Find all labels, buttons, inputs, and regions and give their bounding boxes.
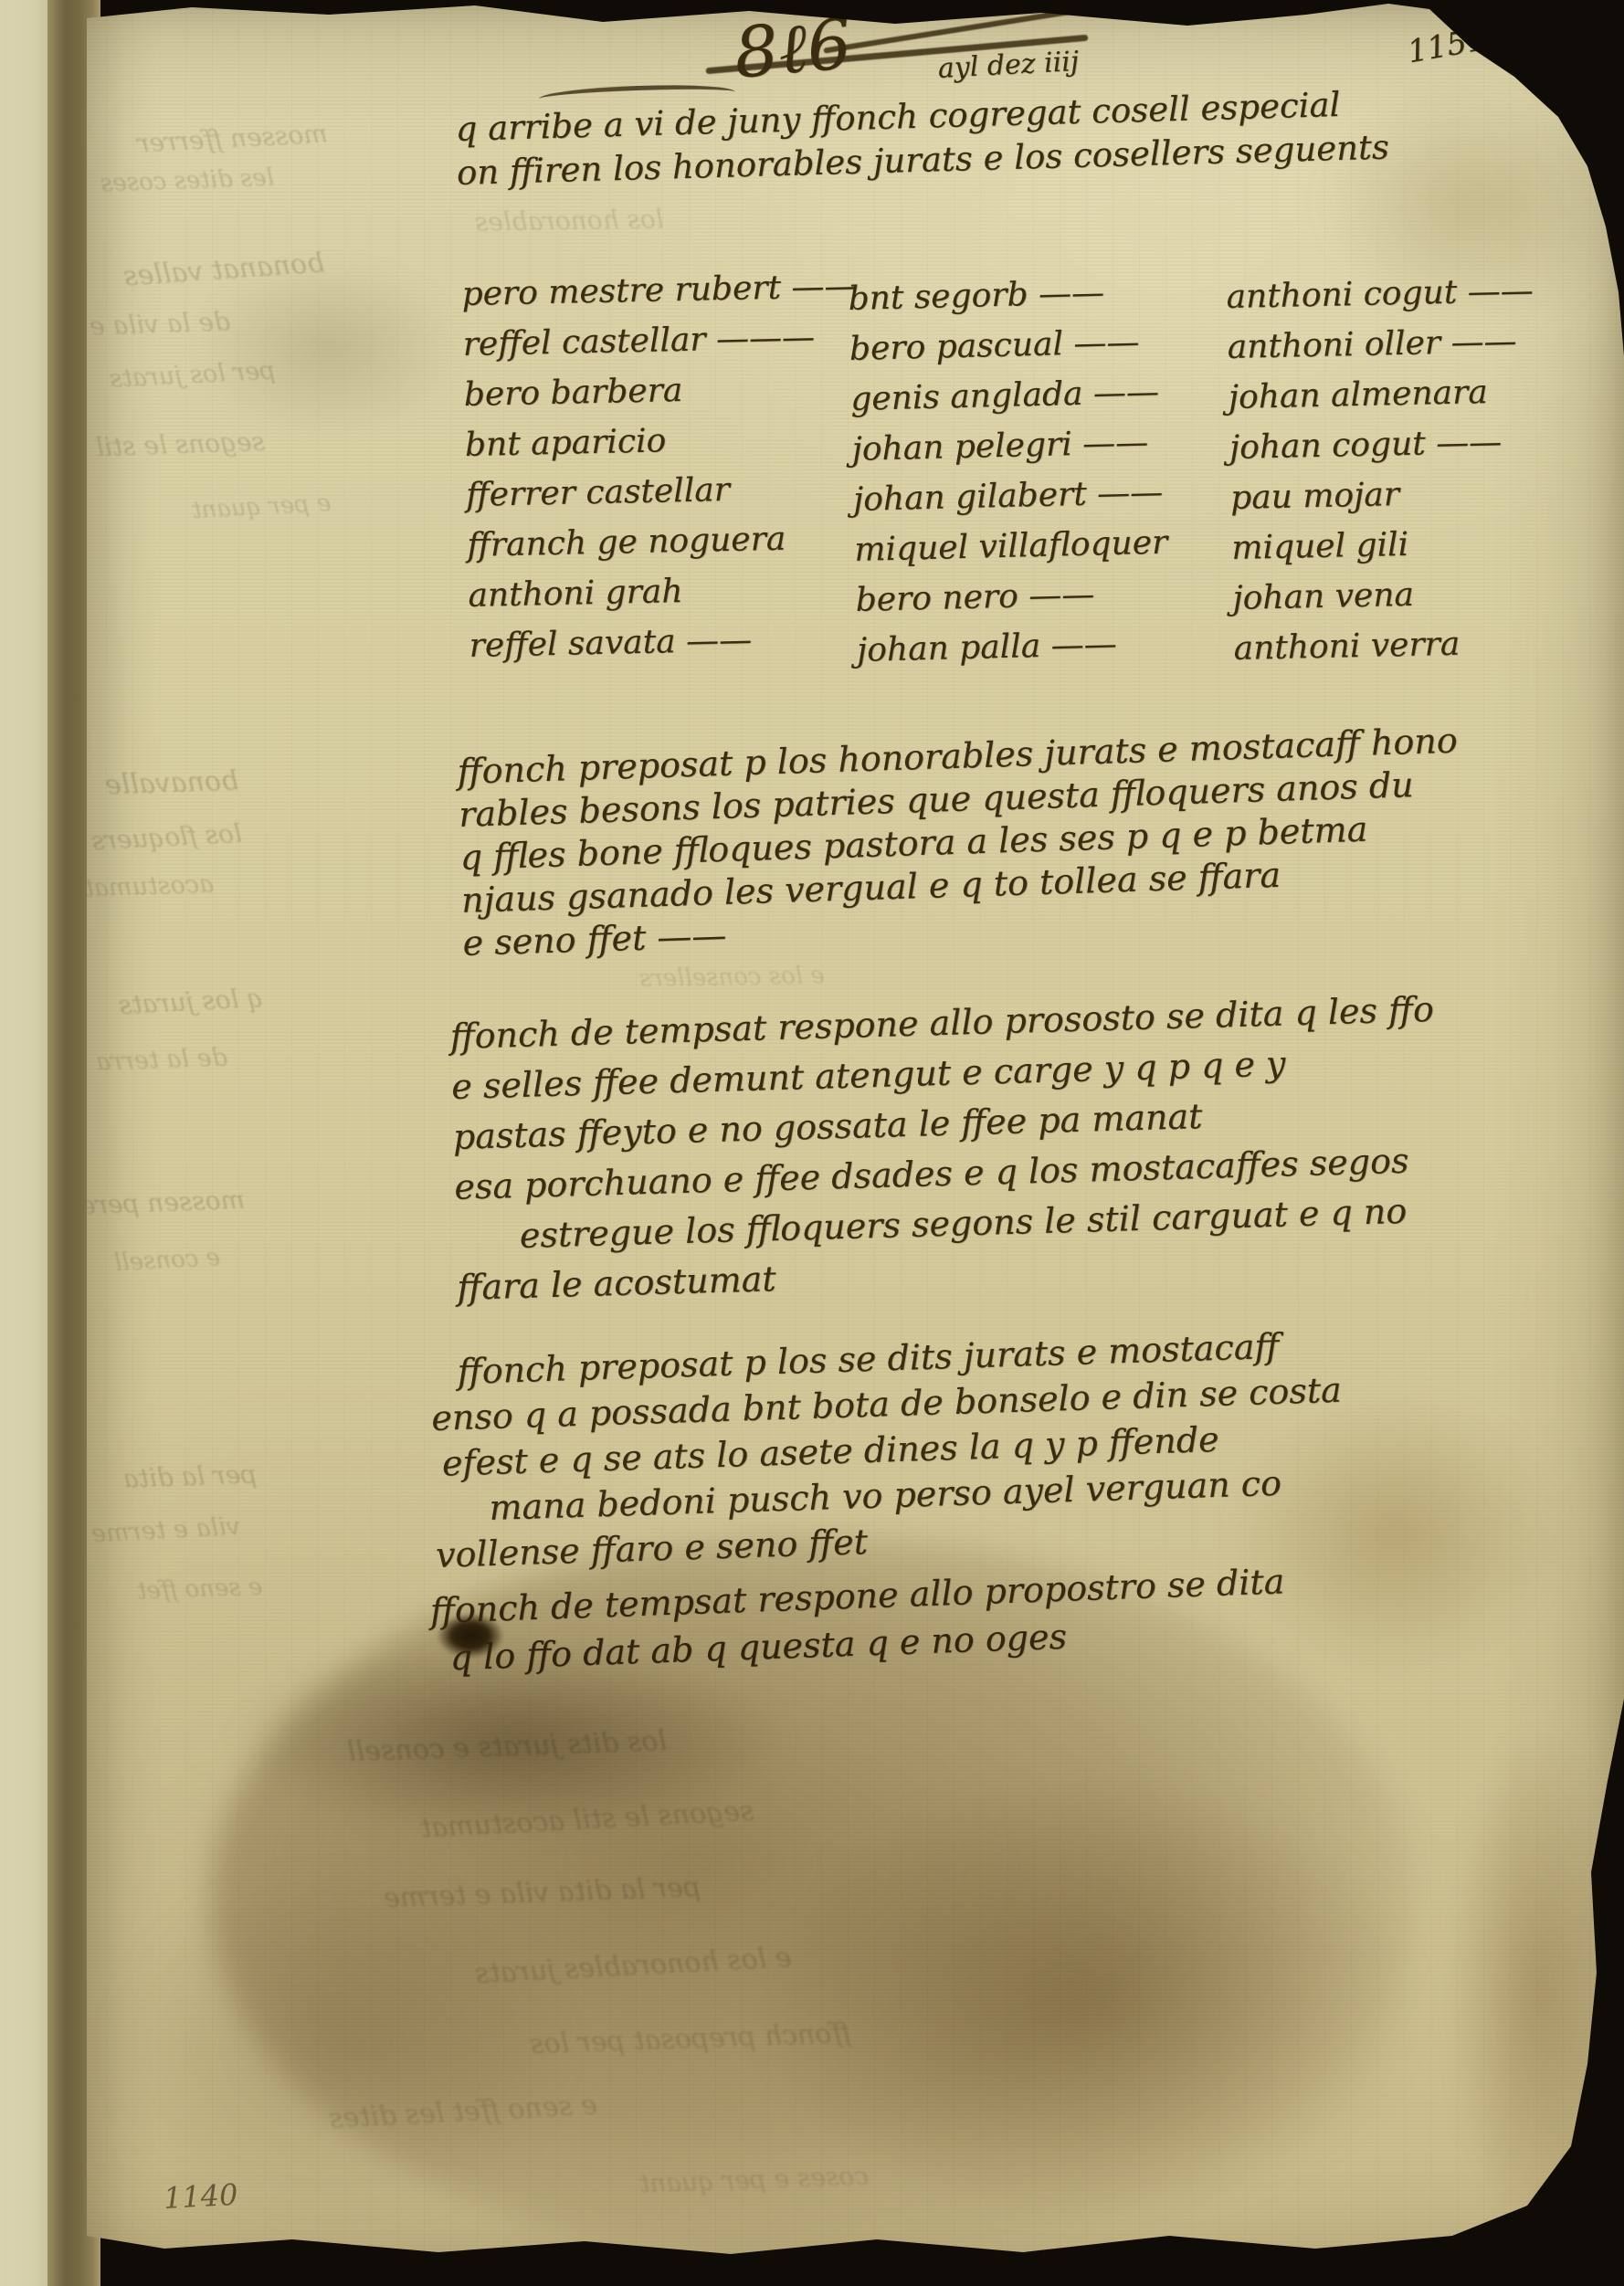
bleedthrough-text: e per quant bbox=[191, 490, 332, 524]
stain-right-edge bbox=[1452, 1735, 1624, 2247]
bleedthrough-text: los dits jurats e consell bbox=[346, 1725, 667, 1768]
attendee-name: bero pascual —— bbox=[849, 317, 1163, 374]
water-stain-lobe bbox=[758, 1781, 1416, 2219]
attendee-name: miquel villafloquer bbox=[854, 518, 1168, 575]
paragraph-4: ffonch de tempsat respone allo propostro… bbox=[429, 1557, 1287, 1682]
attendee-name: bero nero —— bbox=[855, 568, 1169, 626]
attendee-name: ffranch ge noguera bbox=[467, 512, 863, 571]
paragraph-1: ffonch preposat p los honorables jurats … bbox=[457, 720, 1463, 965]
attendee-name: pero mestre rubert —— bbox=[461, 261, 858, 320]
attendee-column-1: pero mestre rubert —— reffel castellar —… bbox=[461, 261, 865, 671]
attendee-name: anthoni grah bbox=[468, 563, 864, 621]
attendee-name: johan cogut —— bbox=[1229, 416, 1536, 473]
attendee-name: anthoni cogut —— bbox=[1226, 266, 1534, 322]
attendee-name: johan gilabert —— bbox=[852, 468, 1166, 525]
attendee-name: genis anglada —— bbox=[850, 367, 1165, 425]
bleedthrough-text: per la dita vila e terme bbox=[383, 1871, 701, 1914]
attendee-name: bero barbera bbox=[463, 362, 859, 420]
attendee-name: johan pelegri —— bbox=[851, 417, 1165, 475]
paragraph-2: ffonch de tempsat respone allo prososto … bbox=[449, 985, 1441, 1313]
ink-blot bbox=[437, 1613, 504, 1659]
folio-number-top: 1151 bbox=[1405, 21, 1489, 70]
attendee-name: johan palla —— bbox=[856, 618, 1170, 676]
bleedthrough-text: coses e per quant bbox=[639, 2161, 870, 2199]
bleedthrough-text: e los consellers bbox=[639, 962, 825, 993]
attendee-name: fferrer castellar bbox=[466, 462, 862, 521]
folio-number-bottom: 1140 bbox=[163, 2177, 238, 2216]
bleedthrough-text: ffonch preposat per los bbox=[529, 2017, 851, 2060]
bleedthrough-text: e los honorables jurats bbox=[474, 1942, 792, 1990]
manuscript-page: mossen fferrer les dites coses bonanat v… bbox=[0, 0, 1624, 2286]
attendee-name: bnt aparicio bbox=[464, 412, 860, 470]
gutter-shadow bbox=[87, 0, 160, 2286]
bleedthrough-text: e seno ffet les dites bbox=[328, 2089, 598, 2134]
attendee-name: miquel gili bbox=[1231, 517, 1539, 574]
attendee-name: bnt segorb —— bbox=[848, 267, 1162, 324]
bleedthrough-text: segons le stil acostumat bbox=[419, 1795, 754, 1844]
attendee-name: reffel savata —— bbox=[469, 613, 865, 671]
attendee-name: anthoni verra bbox=[1233, 617, 1541, 674]
bleedthrough-text: los honorables bbox=[475, 204, 664, 237]
attendee-name: johan almenara bbox=[1228, 366, 1535, 423]
photo-backdrop: mossen fferrer les dites coses bonanat v… bbox=[0, 0, 1624, 2286]
date-note: ayl dez iiij bbox=[937, 46, 1080, 85]
bleedthrough-text: mossen fferrer bbox=[136, 119, 328, 159]
attendee-column-3: anthoni cogut —— anthoni oller —— johan … bbox=[1226, 266, 1541, 674]
attendee-name: anthoni oller —— bbox=[1227, 316, 1534, 373]
attendee-name: pau mojar bbox=[1230, 467, 1538, 523]
damp-area-bottom-left bbox=[110, 1872, 566, 2219]
attendee-name: reffel castellar ——— bbox=[462, 311, 859, 370]
smudge-left-margin bbox=[192, 256, 466, 438]
attendee-name: johan vena bbox=[1232, 567, 1540, 624]
paragraph-3: ffonch preposat p los se dits jurats e m… bbox=[429, 1322, 1346, 1578]
attendee-column-2: bnt segorb —— bero pascual —— genis angl… bbox=[848, 267, 1171, 676]
